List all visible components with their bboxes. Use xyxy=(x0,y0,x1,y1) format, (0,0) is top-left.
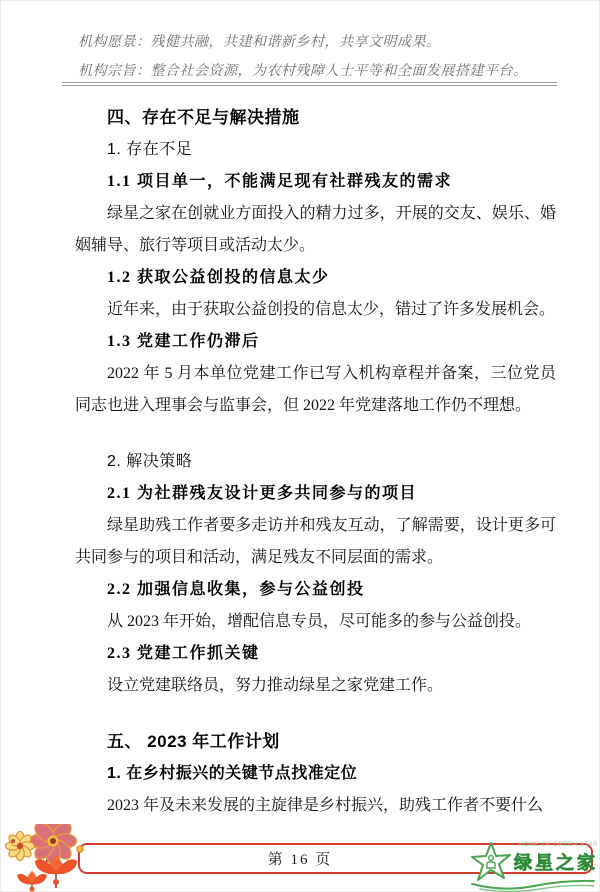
sub-heading: 1. 存在不足 xyxy=(75,134,556,166)
paragraph: 从 2023 年开始，增配信息专员，尽可能多的参与公益创投。 xyxy=(75,606,556,638)
org-mission-line: 机构宗旨：整合社会资源，为农村残障人士平等和全面发展搭建平台。 xyxy=(78,60,528,80)
paragraph: 绿星助残工作者要多走访并和残友互动，了解需要，设计更多可共同参与的项目和活动，满… xyxy=(75,510,556,574)
item-heading: 1.1 项目单一，不能满足现有社群残友的需求 xyxy=(75,166,556,198)
item-heading: 2.3 党建工作抓关键 xyxy=(75,638,556,670)
sub-heading: 2. 解决策略 xyxy=(75,446,556,478)
item-heading: 2.2 加强信息收集，参与公益创投 xyxy=(75,574,556,606)
logo-wave-icon xyxy=(470,878,596,892)
logo-text: 绿星之家 xyxy=(514,849,598,875)
paragraph: 绿星之家在创就业方面投入的精力过多，开展的交友、娱乐、婚姻辅导、旅行等项目或活动… xyxy=(75,198,556,262)
flower-decoration-icon xyxy=(0,824,100,892)
org-vision-line: 机构愿景：残健共融，共建和谐新乡村，共享文明成果。 xyxy=(78,31,441,51)
item-heading: 1.3 党建工作仍滞后 xyxy=(75,326,556,358)
header-divider xyxy=(62,82,557,86)
paragraph: 近年来，由于获取公益创投的信息太少，错过了许多发展机会。 xyxy=(75,294,556,326)
paragraph: 2022 年 5 月本单位党建工作已写入机构章程并备案，三位党员同志也进入理事会… xyxy=(75,358,556,422)
document-body: 四、存在不足与解决措施 1. 存在不足 1.1 项目单一，不能满足现有社群残友的… xyxy=(75,102,556,822)
item-heading: 1.2 获取公益创投的信息太少 xyxy=(75,262,556,294)
org-logo: HOME OF GREEN STAR 绿星之家 xyxy=(470,836,596,892)
item-heading: 2.1 为社群残友设计更多共同参与的项目 xyxy=(75,478,556,510)
section-heading: 五、 2023 年工作计划 xyxy=(75,726,556,758)
paragraph: 2023 年及未来发展的主旋律是乡村振兴，助残工作者不要什么 xyxy=(75,790,556,822)
paragraph: 设立党建联络员，努力推动绿星之家党建工作。 xyxy=(75,670,556,702)
document-page: 机构愿景：残健共融，共建和谐新乡村，共享文明成果。 机构宗旨：整合社会资源，为农… xyxy=(0,0,600,892)
logo-caption: HOME OF GREEN STAR xyxy=(514,842,598,848)
sub-heading: 1. 在乡村振兴的关键节点找准定位 xyxy=(75,758,556,790)
section-heading: 四、存在不足与解决措施 xyxy=(75,102,556,134)
